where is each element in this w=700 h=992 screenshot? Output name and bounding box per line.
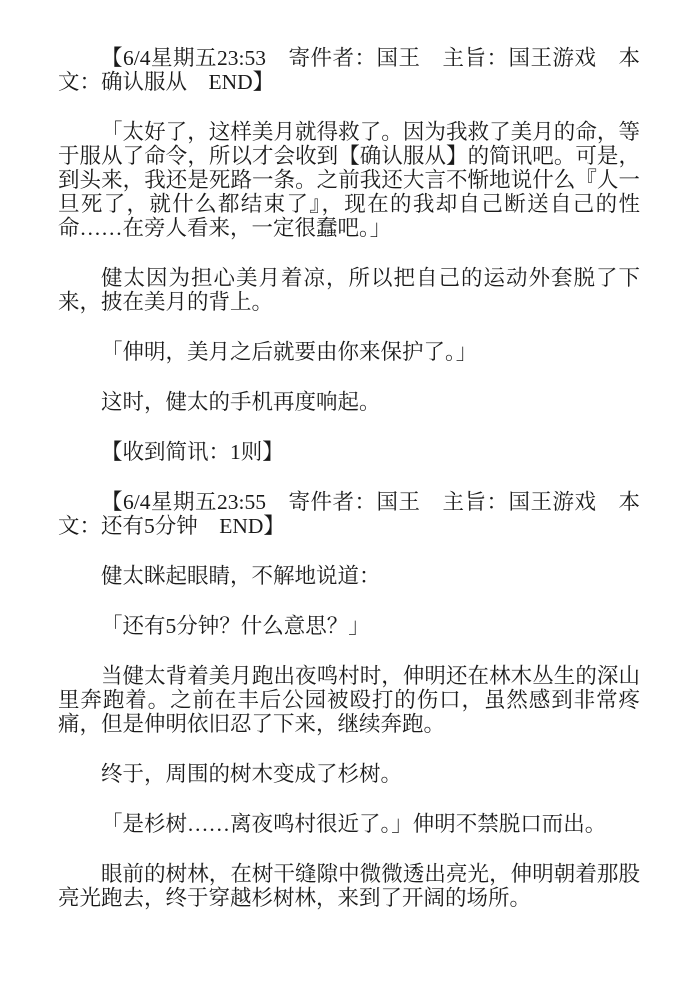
paragraph-dialogue-3: 「是杉树……离夜鸣村很近了。」伸明不禁脱口而出。 [58, 812, 640, 836]
paragraph-monologue: 「太好了，这样美月就得救了。因为我救了美月的命，等于服从了命令，所以才会收到【确… [58, 120, 640, 240]
paragraph-narration-5: 终于，周围的树木变成了杉树。 [58, 762, 640, 786]
paragraph-narration-1: 健太因为担心美月着凉，所以把自己的运动外套脱了下来，披在美月的背上。 [58, 266, 640, 314]
paragraph-narration-3: 健太眯起眼睛，不解地说道： [58, 564, 640, 588]
paragraph-narration-4: 当健太背着美月跑出夜鸣村时，伸明还在林木丛生的深山里奔跑着。之前在丰后公园被殴打… [58, 664, 640, 736]
paragraph-sms-header-2: 【6/4星期五23:55 寄件者：国王 主旨：国王游戏 本文：还有5分钟 END… [58, 490, 640, 538]
paragraph-narration-2: 这时，健太的手机再度响起。 [58, 390, 640, 414]
paragraph-dialogue-1: 「伸明，美月之后就要由你来保护了。」 [58, 340, 640, 364]
paragraph-sms-header-1: 【6/4星期五23:53 寄件者：国王 主旨：国王游戏 本文：确认服从 END】 [58, 46, 640, 94]
novel-page: 【6/4星期五23:53 寄件者：国王 主旨：国王游戏 本文：确认服从 END】… [0, 0, 700, 992]
paragraph-dialogue-2: 「还有5分钟？什么意思？」 [58, 614, 640, 638]
paragraph-sms-notice: 【收到简讯：1则】 [58, 440, 640, 464]
paragraph-narration-6: 眼前的树林，在树干缝隙中微微透出亮光，伸明朝着那股亮光跑去，终于穿越杉树林，来到… [58, 862, 640, 910]
